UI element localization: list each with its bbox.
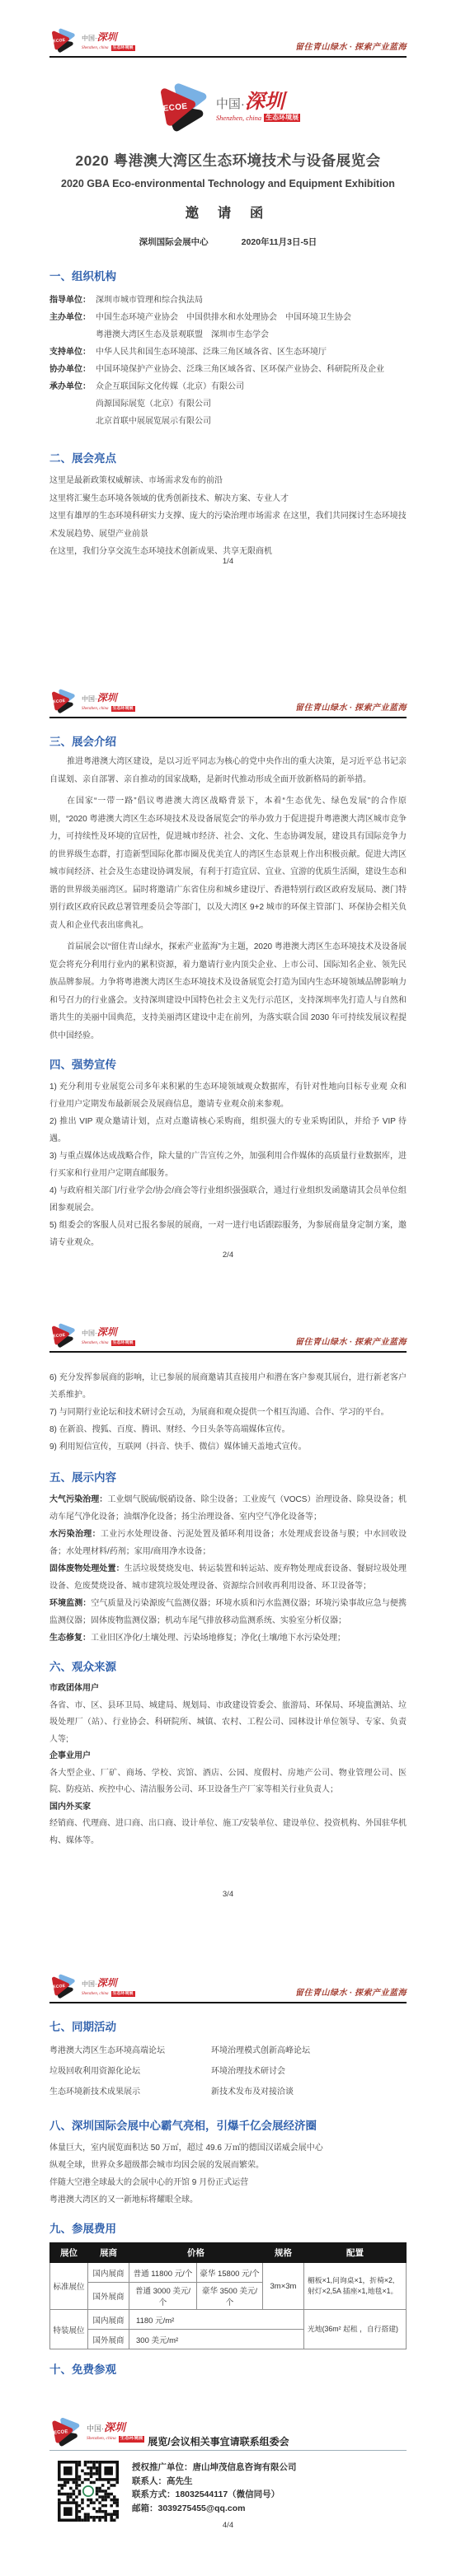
- venue-line: 粤港澳大湾区的又一新地标将耀眼全球。: [49, 2191, 407, 2209]
- page-number: 1/4: [0, 557, 456, 566]
- promotion-item: 4) 与政府相关部门/行业学会/协会/商会等行业组织强强联合，通过行业组织发函邀…: [49, 1182, 407, 1217]
- ecoe-logo: 中国·深圳 Shenzhen, china生态环境展: [49, 1973, 135, 1999]
- fees-row: 标准展位 国内展商 普通 11800 元/个 豪华 15800 元/个 3m×3…: [50, 2263, 407, 2283]
- booth-config: 楣板×1,问询桌×1，折椅×2, 射灯×2,5A 插座×1,地毯×1。: [304, 2263, 407, 2310]
- doc-title-en: 2020 GBA Eco-environmental Technology an…: [0, 178, 456, 189]
- promotion-list-continued: 6) 充分发挥参展商的影响，让已参展的展商邀请其直接用户和潜在客户参观其展台，进…: [49, 1369, 407, 1456]
- exhibit-category: 环境监测：空气质量及污染源废气监测仪器；环境水质和污水监测仪器；环境污染事故应急…: [49, 1595, 407, 1629]
- ecoe-mark-icon: [49, 2416, 82, 2447]
- logo-text: 中国·深圳 Shenzhen, china生态环境展: [82, 30, 135, 51]
- booth-spec: 3m×3m: [263, 2263, 304, 2310]
- event-item: 环境治理模式创新高峰论坛: [211, 2041, 310, 2061]
- exhibit-category: 大气污染治理：工业烟气脱硫/脱硝设备、除尘设备；工业废气（VOCS）治理设备、除…: [49, 1491, 407, 1526]
- ecoe-mark-icon: [49, 27, 78, 54]
- header-tagline: 留住青山绿水 · 探索产业蓝海: [295, 1985, 407, 1999]
- section-heading-4: 四、强势宣传: [49, 1058, 407, 1072]
- event-item: 垃圾回收利用资源化论坛: [49, 2061, 211, 2082]
- page-2: 中国·深圳 Shenzhen, china生态环境展 留住青山绿水 · 探索产业…: [0, 682, 456, 1316]
- page-number: 4/4: [0, 2521, 456, 2530]
- org-row: 协办单位：中国环境保护产业协会、泛珠三角区域各省、区环保产业协会、科研院所及企业: [49, 361, 407, 378]
- section-heading-3: 三、展会介绍: [49, 735, 407, 749]
- exhibitor-type: 国内展商: [88, 2263, 129, 2283]
- event-item: 粤港澳大湾区生态环境高端论坛: [49, 2041, 211, 2061]
- page-number: 2/4: [0, 1251, 456, 1260]
- venue-line: 体量巨大，室内展览面积达 50 万㎡，超过 49.6 万㎡的德国汉诺威会展中心: [49, 2139, 407, 2157]
- price-deluxe: 豪华 3500 美元/个: [197, 2283, 263, 2310]
- venue-lines: 体量巨大，室内展览面积达 50 万㎡，超过 49.6 万㎡的德国汉诺威会展中心 …: [49, 2139, 407, 2209]
- price-normal: 普通 11800 元/个: [129, 2263, 197, 2283]
- promotion-item: 3) 与重点媒体达成战略合作，除大量的广告宣传之外，加强利用合作媒体的高质量行业…: [49, 1148, 407, 1182]
- events-left-column: 粤港澳大湾区生态环境高端论坛 垃圾回收利用资源化论坛 生态环境新技术成果展示: [49, 2041, 211, 2102]
- highlight-line: 这里是最新政策权威解读、市场需求发布的前沿: [49, 472, 407, 490]
- logo-text: 中国·深圳 Shenzhen, china生态环境展: [82, 1976, 135, 1997]
- visitor-group-title: 市政团体用户: [49, 1681, 407, 1698]
- logo-badge: 生态环境展: [264, 114, 300, 122]
- section-heading-1: 一、组织机构: [49, 269, 407, 283]
- visitor-group-text: 各省、市、区、县环卫局、城建局、规划局、市政建设管委会、旅游局、环保局、环境监测…: [49, 1698, 407, 1749]
- visitor-group-text: 各大型企业、厂矿、商场、学校、宾馆、酒店、公园、度假村、房地产公司、物业管理公司…: [49, 1765, 407, 1799]
- visitor-group-text: 经销商、代理商、进口商、出口商、设计单位、施工/安装单位、建设单位、投资机构、外…: [49, 1816, 407, 1849]
- visitor-group-title: 国内外买家: [49, 1799, 407, 1816]
- section-heading-7: 七、同期活动: [49, 2020, 407, 2034]
- price-normal: 普通 3000 美元/个: [129, 2283, 197, 2310]
- section-heading-10: 十、免费参观: [49, 2363, 407, 2377]
- logo-text: 中国·深圳 Shenzhen, china生态环境展: [82, 1325, 135, 1346]
- ecoe-mark-icon: [49, 688, 78, 714]
- org-row: 尚源国际展览（北京）有限公司: [49, 395, 407, 413]
- doc-title-cn: 2020 粤港澳大湾区生态环境技术与设备展览会: [0, 150, 456, 171]
- section-heading-2: 二、展会亮点: [49, 451, 407, 465]
- event-dates: 2020年11月3日-5日: [242, 237, 317, 247]
- footer-band: 中国·深圳 Shenzhen, china生态环境展 展览/会议相关事宜请联系组…: [49, 2416, 407, 2451]
- contact-email: 邮箱：3039275455@qq.com: [132, 2502, 297, 2516]
- page-4: 中国·深圳 Shenzhen, china生态环境展 留住青山绿水 · 探索产业…: [0, 1967, 456, 2576]
- invitation-label: 邀 请 函: [0, 202, 456, 222]
- events-columns: 粤港澳大湾区生态环境高端论坛 垃圾回收利用资源化论坛 生态环境新技术成果展示 环…: [49, 2041, 407, 2102]
- ecoe-logo: 中国·深圳 Shenzhen, china生态环境展: [49, 27, 135, 54]
- event-item: 新技术发布及对接洽谈: [211, 2082, 310, 2102]
- highlights-list: 这里是最新政策权威解读、市场需求发布的前沿 这里将汇聚生态环境各领域的优秀创新技…: [49, 472, 407, 561]
- intro-paragraph: 推进粤港澳大湾区建设，是以习近平同志为核心的党中央作出的重大决策，是习近平总书记…: [49, 753, 407, 788]
- logo-city: 深圳: [97, 31, 117, 43]
- org-row: 指导单位：深圳市城市管理和综合执法局: [49, 292, 407, 309]
- ecoe-logo: 中国·深圳 Shenzhen, china生态环境展: [49, 688, 135, 714]
- contact-lines: 授权推广单位：唐山坤茂信息咨询有限公司 联系人：高先生 联系方式：1803254…: [132, 2461, 297, 2522]
- header-tagline: 留住青山绿水 · 探索产业蓝海: [295, 700, 407, 714]
- ecoe-logo: 中国·深圳 Shenzhen, china生态环境展: [49, 2416, 144, 2447]
- promotion-item: 8) 在新浪、搜狐、百度、腾讯、财经、今日头条等高端媒体宣传。: [49, 1421, 407, 1438]
- event-item: 生态环境新技术成果展示: [49, 2082, 211, 2102]
- org-row: 主办单位：中国生态环境产业协会 中国供排水和水处理协会 中国环境卫生协会: [49, 309, 407, 326]
- exhibitor-type: 国外展商: [88, 2283, 129, 2310]
- org-row: 支持单位：中华人民共和国生态环境部、泛珠三角区域各省、区生态环境厅: [49, 344, 407, 361]
- ecoe-mark-icon: [49, 1973, 78, 1999]
- logo-text: 中国·深圳 Shenzhen, china生态环境展: [87, 2421, 144, 2443]
- booth-config: 光地(36m² 起租 ，自行搭建): [304, 2310, 407, 2349]
- org-row: 承办单位：众企互联国际文化传媒（北京）有限公司: [49, 378, 407, 395]
- highlight-line: 这里将汇聚生态环境各领域的优秀创新技术、解决方案、专业人才: [49, 490, 407, 508]
- highlight-line: 这里有雄厚的生态环境科研实力支撑、庞大的污染治理市场需求 在这里，我们共同探讨生…: [49, 507, 407, 543]
- ecoe-logo-large: 中国·深圳 Shenzhen, china生态环境展: [156, 81, 300, 133]
- org-row: 北京首联中展展览展示有限公司: [49, 413, 407, 430]
- price-deluxe: 豪华 15800 元/个: [197, 2263, 263, 2283]
- ecoe-mark-icon: [156, 81, 212, 133]
- logo-city-en: Shenzhen, china: [82, 46, 109, 50]
- page-1: 中国·深圳 Shenzhen, china生态环境展 留住青山绿水 · 探索产业…: [0, 0, 456, 682]
- qr-code: [58, 2461, 119, 2522]
- promotion-item: 1) 充分利用专业展览公司多年来积累的生态环境领域观众数据库，有针对性地向目标专…: [49, 1078, 407, 1113]
- footer-contact-title: 展览/会议相关事宜请联系组委会: [148, 2436, 289, 2447]
- venue-line: 伴随大空港全球最大的会展中心的开馆 9 月份正式运营: [49, 2174, 407, 2191]
- section-heading-5: 五、展示内容: [49, 1470, 407, 1484]
- section-heading-8: 八、深圳国际会展中心霸气亮相，引爆千亿会展经济圈: [49, 2119, 407, 2133]
- logo-country: 中国·: [216, 97, 245, 111]
- header-tagline: 留住青山绿水 · 探索产业蓝海: [295, 1335, 407, 1349]
- contact-promoter: 授权推广单位：唐山坤茂信息咨询有限公司: [132, 2461, 297, 2475]
- col-price: 价格: [129, 2243, 263, 2263]
- events-right-column: 环境治理模式创新高峰论坛 环境治理技术研讨会 新技术发布及对接洽谈: [211, 2041, 310, 2102]
- org-list: 指导单位：深圳市城市管理和综合执法局 主办单位：中国生态环境产业协会 中国供排水…: [49, 292, 407, 430]
- logo-city-en: Shenzhen, china: [216, 115, 261, 122]
- page-header: 中国·深圳 Shenzhen, china生态环境展 留住青山绿水 · 探索产业…: [49, 1316, 407, 1353]
- page-number: 3/4: [0, 1890, 456, 1899]
- fees-header-row: 展位 展商 价格 规格 配置: [50, 2243, 407, 2263]
- footer-contact-block: 授权推广单位：唐山坤茂信息咨询有限公司 联系人：高先生 联系方式：1803254…: [49, 2461, 407, 2522]
- exhibit-category: 固体废物处理处置：生活垃圾焚烧发电、转运装置和转运站、废弃物处理成套设备、餐厨垃…: [49, 1560, 407, 1595]
- fees-table: 展位 展商 价格 规格 配置 标准展位 国内展商 普通 11800 元/个 豪华…: [49, 2242, 407, 2349]
- promotion-list: 1) 充分利用专业展览公司多年来积累的生态环境领域观众数据库，有针对性地向目标专…: [49, 1078, 407, 1251]
- logo-country: 中国·: [82, 35, 97, 42]
- promotion-item: 6) 充分发挥参展商的影响，让已参展的展商邀请其直接用户和潜在客户参观其展台，进…: [49, 1369, 407, 1404]
- header-tagline: 留住青山绿水 · 探索产业蓝海: [295, 40, 407, 54]
- contact-phone: 联系方式：18032544117（微信同号）: [132, 2488, 297, 2502]
- col-config: 配置: [304, 2243, 407, 2263]
- intro-paragraph: 在国家“一带一路”倡议粤港澳大湾区战略背景下，本着“生态优先、绿色发展”的合作原…: [49, 792, 407, 934]
- venue-date-line: 深圳国际会展中心2020年11月3日-5日: [0, 236, 456, 248]
- logo-text: 中国·深圳 Shenzhen, china生态环境展: [216, 92, 300, 122]
- section-heading-6: 六、观众来源: [49, 1660, 407, 1674]
- page-header: 中国·深圳 Shenzhen, china生态环境展 留住青山绿水 · 探索产业…: [49, 1967, 407, 2003]
- logo-badge: 生态环境展: [111, 45, 135, 51]
- promotion-item: 9) 利用短信宣传，互联网（抖音、快手、微信）媒体铺天盖地式宣传。: [49, 1438, 407, 1456]
- booth-type: 标准展位: [50, 2263, 88, 2310]
- page-header: 中国·深圳 Shenzhen, china生态环境展 留住青山绿水 · 探索产业…: [49, 0, 407, 58]
- ecoe-mark-icon: [49, 1322, 78, 1349]
- logo-city: 深圳: [245, 91, 284, 113]
- exhibits-list: 大气污染治理：工业烟气脱硫/脱硝设备、除尘设备；工业废气（VOCS）治理设备、除…: [49, 1491, 407, 1647]
- exhibit-category: 生态修复：工业旧区净化/土壤处理、污染场地修复；净化(土壤/地下水污染处理；: [49, 1629, 407, 1647]
- contact-person: 联系人：高先生: [132, 2475, 297, 2489]
- intro-paragraph: 首届展会以“留住青山绿水，探索产业蓝海”为主题，2020 粤港澳大湾区生态环境技…: [49, 938, 407, 1045]
- promotion-item: 7) 与同期行业论坛和技术研讨会互动，为展商和观众提供一个相互沟通、合作、学习的…: [49, 1404, 407, 1421]
- exhibitor-type: 国内展商: [88, 2310, 129, 2330]
- ecoe-logo: 中国·深圳 Shenzhen, china生态环境展: [49, 1322, 135, 1349]
- col-spec: 规格: [263, 2243, 304, 2263]
- promotion-item: 5) 组委会的客服人员对已报名参展的展商，一对一进行电话跟踪服务，为参展商量身定…: [49, 1217, 407, 1251]
- page-header: 中国·深圳 Shenzhen, china生态环境展 留住青山绿水 · 探索产业…: [49, 682, 407, 718]
- col-exhibitor: 展商: [88, 2243, 129, 2263]
- page-3: 中国·深圳 Shenzhen, china生态环境展 留住青山绿水 · 探索产业…: [0, 1316, 456, 1967]
- exhibit-category: 水污染治理：工业污水处理设备、污泥处置及循环利用设备；水处理成套设备与膜；中水回…: [49, 1526, 407, 1560]
- exhibitor-type: 国外展商: [88, 2330, 129, 2349]
- visitors-list: 市政团体用户 各省、市、区、县环卫局、城建局、规划局、市政建设管委会、旅游局、环…: [49, 1681, 407, 1849]
- venue-name: 深圳国际会展中心: [139, 237, 209, 247]
- logo-text: 中国·深圳 Shenzhen, china生态环境展: [82, 691, 135, 712]
- price: 300 美元/m²: [129, 2330, 304, 2349]
- section-heading-9: 九、参展费用: [49, 2222, 407, 2236]
- price: 1180 元/m²: [129, 2310, 304, 2330]
- col-booth: 展位: [50, 2243, 88, 2263]
- fees-row: 特装展位 国内展商 1180 元/m² 光地(36m² 起租 ，自行搭建): [50, 2310, 407, 2330]
- visitor-group-title: 企事业用户: [49, 1748, 407, 1765]
- venue-line: 纵观全球，世界众多超级都会城市均因会展的发展而繁荣。: [49, 2157, 407, 2174]
- org-row: 粤港澳大湾区生态及景观联盟 深圳市生态学会: [49, 326, 407, 344]
- event-item: 环境治理技术研讨会: [211, 2061, 310, 2082]
- promotion-item: 2) 推出 VIP 观众邀请计划，点对点邀请核心采购商，组织强大的专业采购团队，…: [49, 1113, 407, 1148]
- booth-type: 特装展位: [50, 2310, 88, 2349]
